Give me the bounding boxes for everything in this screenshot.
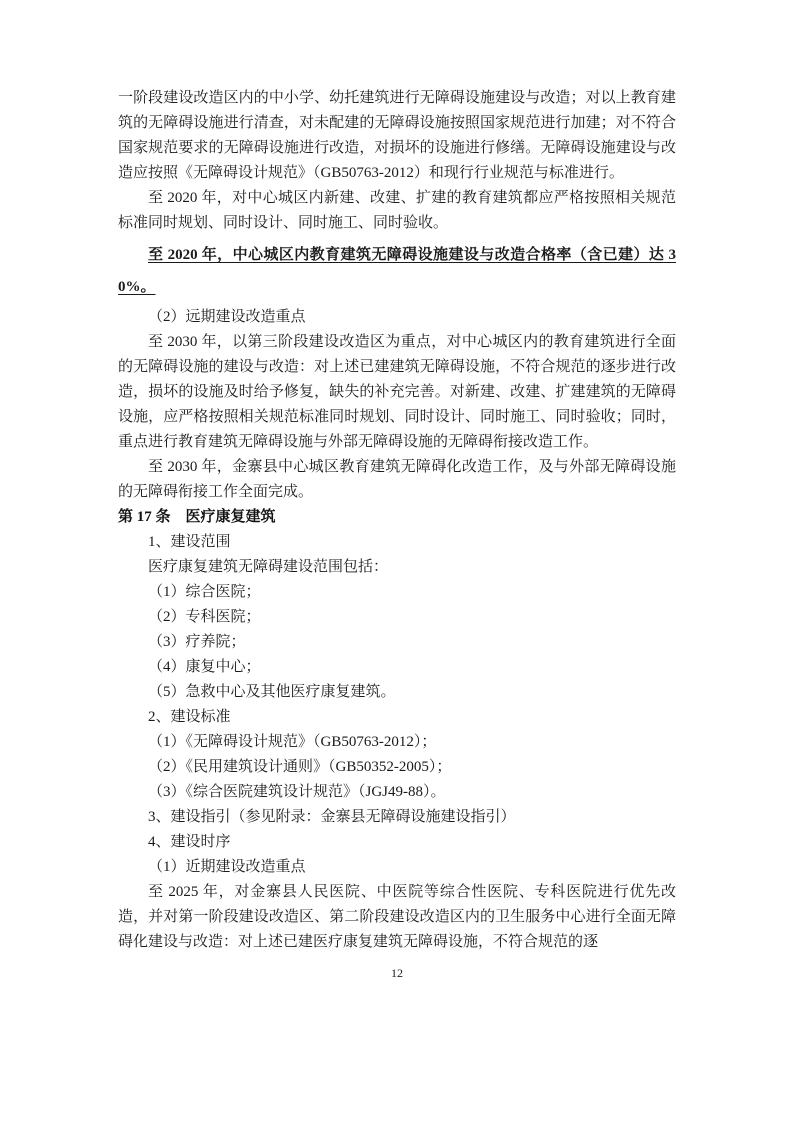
paragraph: 至 2030 年，金寨县中心城区教育建筑无障碍化改造工作，及与外部无障碍设施的无… <box>118 455 676 505</box>
list-item: （1）综合医院； <box>118 580 676 605</box>
list-item: （1）《无障碍设计规范》（GB50763-2012）； <box>118 730 676 755</box>
list-item: 医疗康复建筑无障碍建设范围包括： <box>118 555 676 580</box>
list-item: （5）急救中心及其他医疗康复建筑。 <box>118 680 676 705</box>
list-item: （4）康复中心； <box>118 655 676 680</box>
list-item: （1）近期建设改造重点 <box>118 855 676 880</box>
list-item: 2、建设标准 <box>118 705 676 730</box>
document-page: 一阶段建设改造区内的中小学、幼托建筑进行无障碍设施建设与改造；对以上教育建筑的无… <box>0 0 793 1122</box>
paragraph: 至 2030 年，以第三阶段建设改造区为重点，对中心城区内的教育建筑进行全面的无… <box>118 330 676 455</box>
list-item: （3）疗养院； <box>118 630 676 655</box>
list-item: （2）专科医院； <box>118 605 676 630</box>
target-statement: 至 2020 年，中心城区内教育建筑无障碍设施建设与改造合格率（含已建）达 30… <box>118 239 676 303</box>
list-item: 3、建设指引（参见附录：金寨县无障碍设施建设指引） <box>118 805 676 830</box>
section-heading-article-17: 第 17 条 医疗康复建筑 <box>118 505 676 530</box>
page-body: 一阶段建设改造区内的中小学、幼托建筑进行无障碍设施建设与改造；对以上教育建筑的无… <box>118 86 676 981</box>
paragraph-continuation: 一阶段建设改造区内的中小学、幼托建筑进行无障碍设施建设与改造；对以上教育建筑的无… <box>118 86 676 186</box>
list-item: （2）远期建设改造重点 <box>118 305 676 330</box>
list-item: 4、建设时序 <box>118 830 676 855</box>
list-item: （3）《综合医院建筑设计规范》（JGJ49-88）。 <box>118 780 676 805</box>
page-number: 12 <box>118 965 676 981</box>
paragraph: 至 2025 年，对金寨县人民医院、中医院等综合性医院、专科医院进行优先改造，并… <box>118 880 676 955</box>
paragraph: 至 2020 年，对中心城区内新建、改建、扩建的教育建筑都应严格按照相关规范标准… <box>118 186 676 236</box>
list-item: 1、建设范围 <box>118 530 676 555</box>
list-item: （2）《民用建筑设计通则》（GB50352-2005）； <box>118 755 676 780</box>
